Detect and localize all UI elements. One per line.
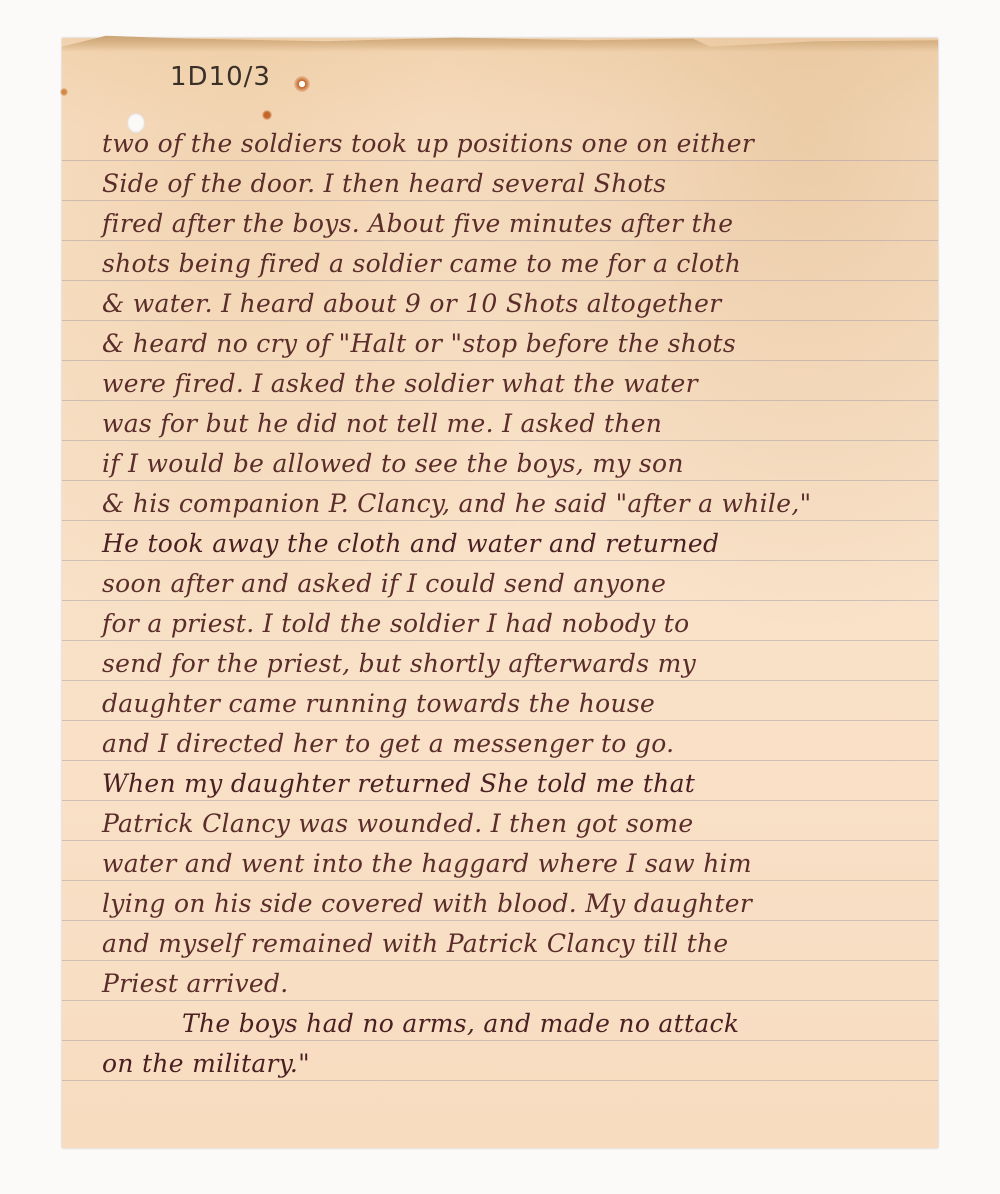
text-line: daughter came running towards the house bbox=[102, 684, 655, 724]
text-line: were fired. I asked the soldier what the… bbox=[102, 364, 698, 404]
rust-stain bbox=[60, 88, 68, 96]
text-line: was for but he did not tell me. I asked … bbox=[102, 404, 662, 444]
text-line: He took away the cloth and water and ret… bbox=[102, 524, 719, 564]
text-line: and myself remained with Patrick Clancy … bbox=[102, 924, 729, 964]
text-line: & water. I heard about 9 or 10 Shots alt… bbox=[102, 284, 721, 324]
document-page: 1D10/3 two of the soldiers took up posit… bbox=[62, 38, 938, 1148]
text-line: Priest arrived. bbox=[102, 964, 289, 1004]
text-line: lying on his side covered with blood. My… bbox=[102, 884, 752, 924]
text-line: send for the priest, but shortly afterwa… bbox=[102, 644, 696, 684]
text-line: Side of the door. I then heard several S… bbox=[102, 164, 666, 204]
text-line: water and went into the haggard where I … bbox=[102, 844, 752, 884]
text-line: if I would be allowed to see the boys, m… bbox=[102, 444, 684, 484]
text-line: Patrick Clancy was wounded. I then got s… bbox=[102, 804, 693, 844]
text-line: and I directed her to get a messenger to… bbox=[102, 724, 674, 764]
text-line: shots being fired a soldier came to me f… bbox=[102, 244, 741, 284]
torn-top-edge bbox=[62, 34, 938, 52]
archive-reference: 1D10/3 bbox=[170, 62, 271, 92]
text-line: soon after and asked if I could send any… bbox=[102, 564, 666, 604]
text-line: & heard no cry of "Halt or "stop before … bbox=[102, 324, 736, 364]
text-line: for a priest. I told the soldier I had n… bbox=[102, 604, 689, 644]
text-line: two of the soldiers took up positions on… bbox=[102, 124, 754, 164]
text-line: & his companion P. Clancy, and he said "… bbox=[102, 484, 811, 524]
text-line: fired after the boys. About five minutes… bbox=[102, 204, 733, 244]
text-line: When my daughter returned She told me th… bbox=[102, 764, 695, 804]
text-line: The boys had no arms, and made no attack bbox=[182, 1004, 739, 1044]
text-line: on the military." bbox=[102, 1044, 310, 1084]
rust-stain bbox=[262, 110, 272, 120]
rust-stain bbox=[294, 76, 310, 92]
